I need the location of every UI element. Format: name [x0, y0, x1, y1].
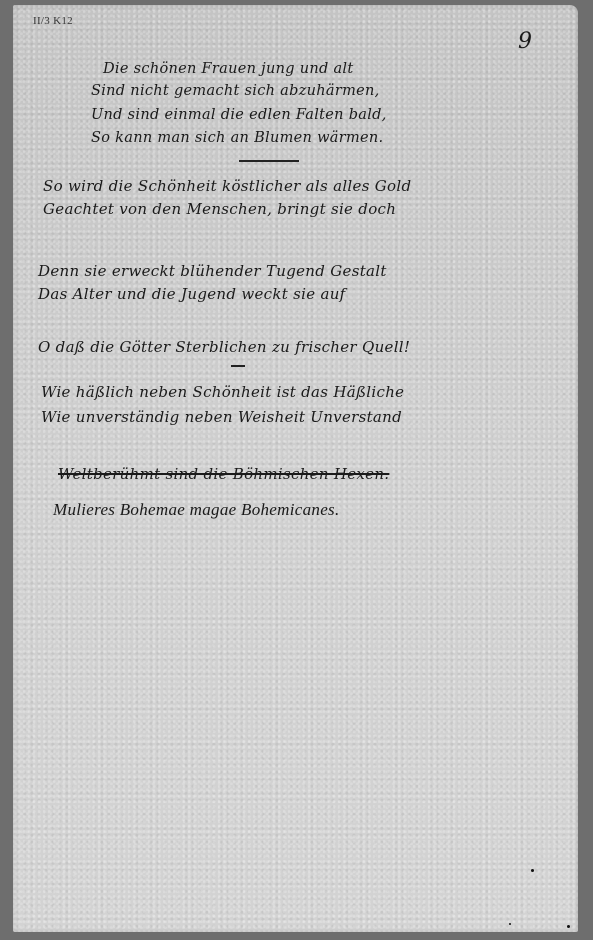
verse-line: Wie unverständig neben Weisheit Unversta…	[41, 408, 402, 426]
manuscript-page: II/3 K12 9 Die schönen Frauen jung und a…	[13, 5, 578, 932]
separator-dash	[239, 160, 299, 162]
shelfmark: II/3 K12	[33, 15, 73, 27]
separator-dash	[231, 365, 245, 367]
ink-speck	[567, 925, 570, 928]
verse-line: Das Alter und die Jugend weckt sie auf	[38, 285, 346, 303]
ink-speck	[531, 869, 534, 872]
ink-speck	[509, 923, 511, 925]
verse-line: Geachtet von den Menschen, bringt sie do…	[43, 200, 396, 218]
verse-line: O daß die Götter Sterblichen zu frischer…	[38, 338, 410, 356]
verse-line: So kann man sich an Blumen wärmen.	[91, 130, 383, 146]
latin-line: Mulieres Bohemae magae Bohemicanes.	[53, 500, 340, 520]
verse-line: Sind nicht gemacht sich abzuhärmen,	[91, 83, 380, 99]
verse-line: Die schönen Frauen jung und alt	[103, 61, 354, 77]
verse-line: Und sind einmal die edlen Falten bald,	[91, 107, 387, 123]
folio-number: 9	[518, 29, 532, 54]
struck-out-line: Weltberühmt sind die Böhmischen Hexen.	[58, 465, 389, 483]
verse-line: So wird die Schönheit köstlicher als all…	[43, 177, 411, 195]
verse-line: Denn sie erweckt blühender Tugend Gestal…	[38, 262, 387, 280]
verse-line: Wie häßlich neben Schönheit ist das Häßl…	[41, 383, 404, 401]
